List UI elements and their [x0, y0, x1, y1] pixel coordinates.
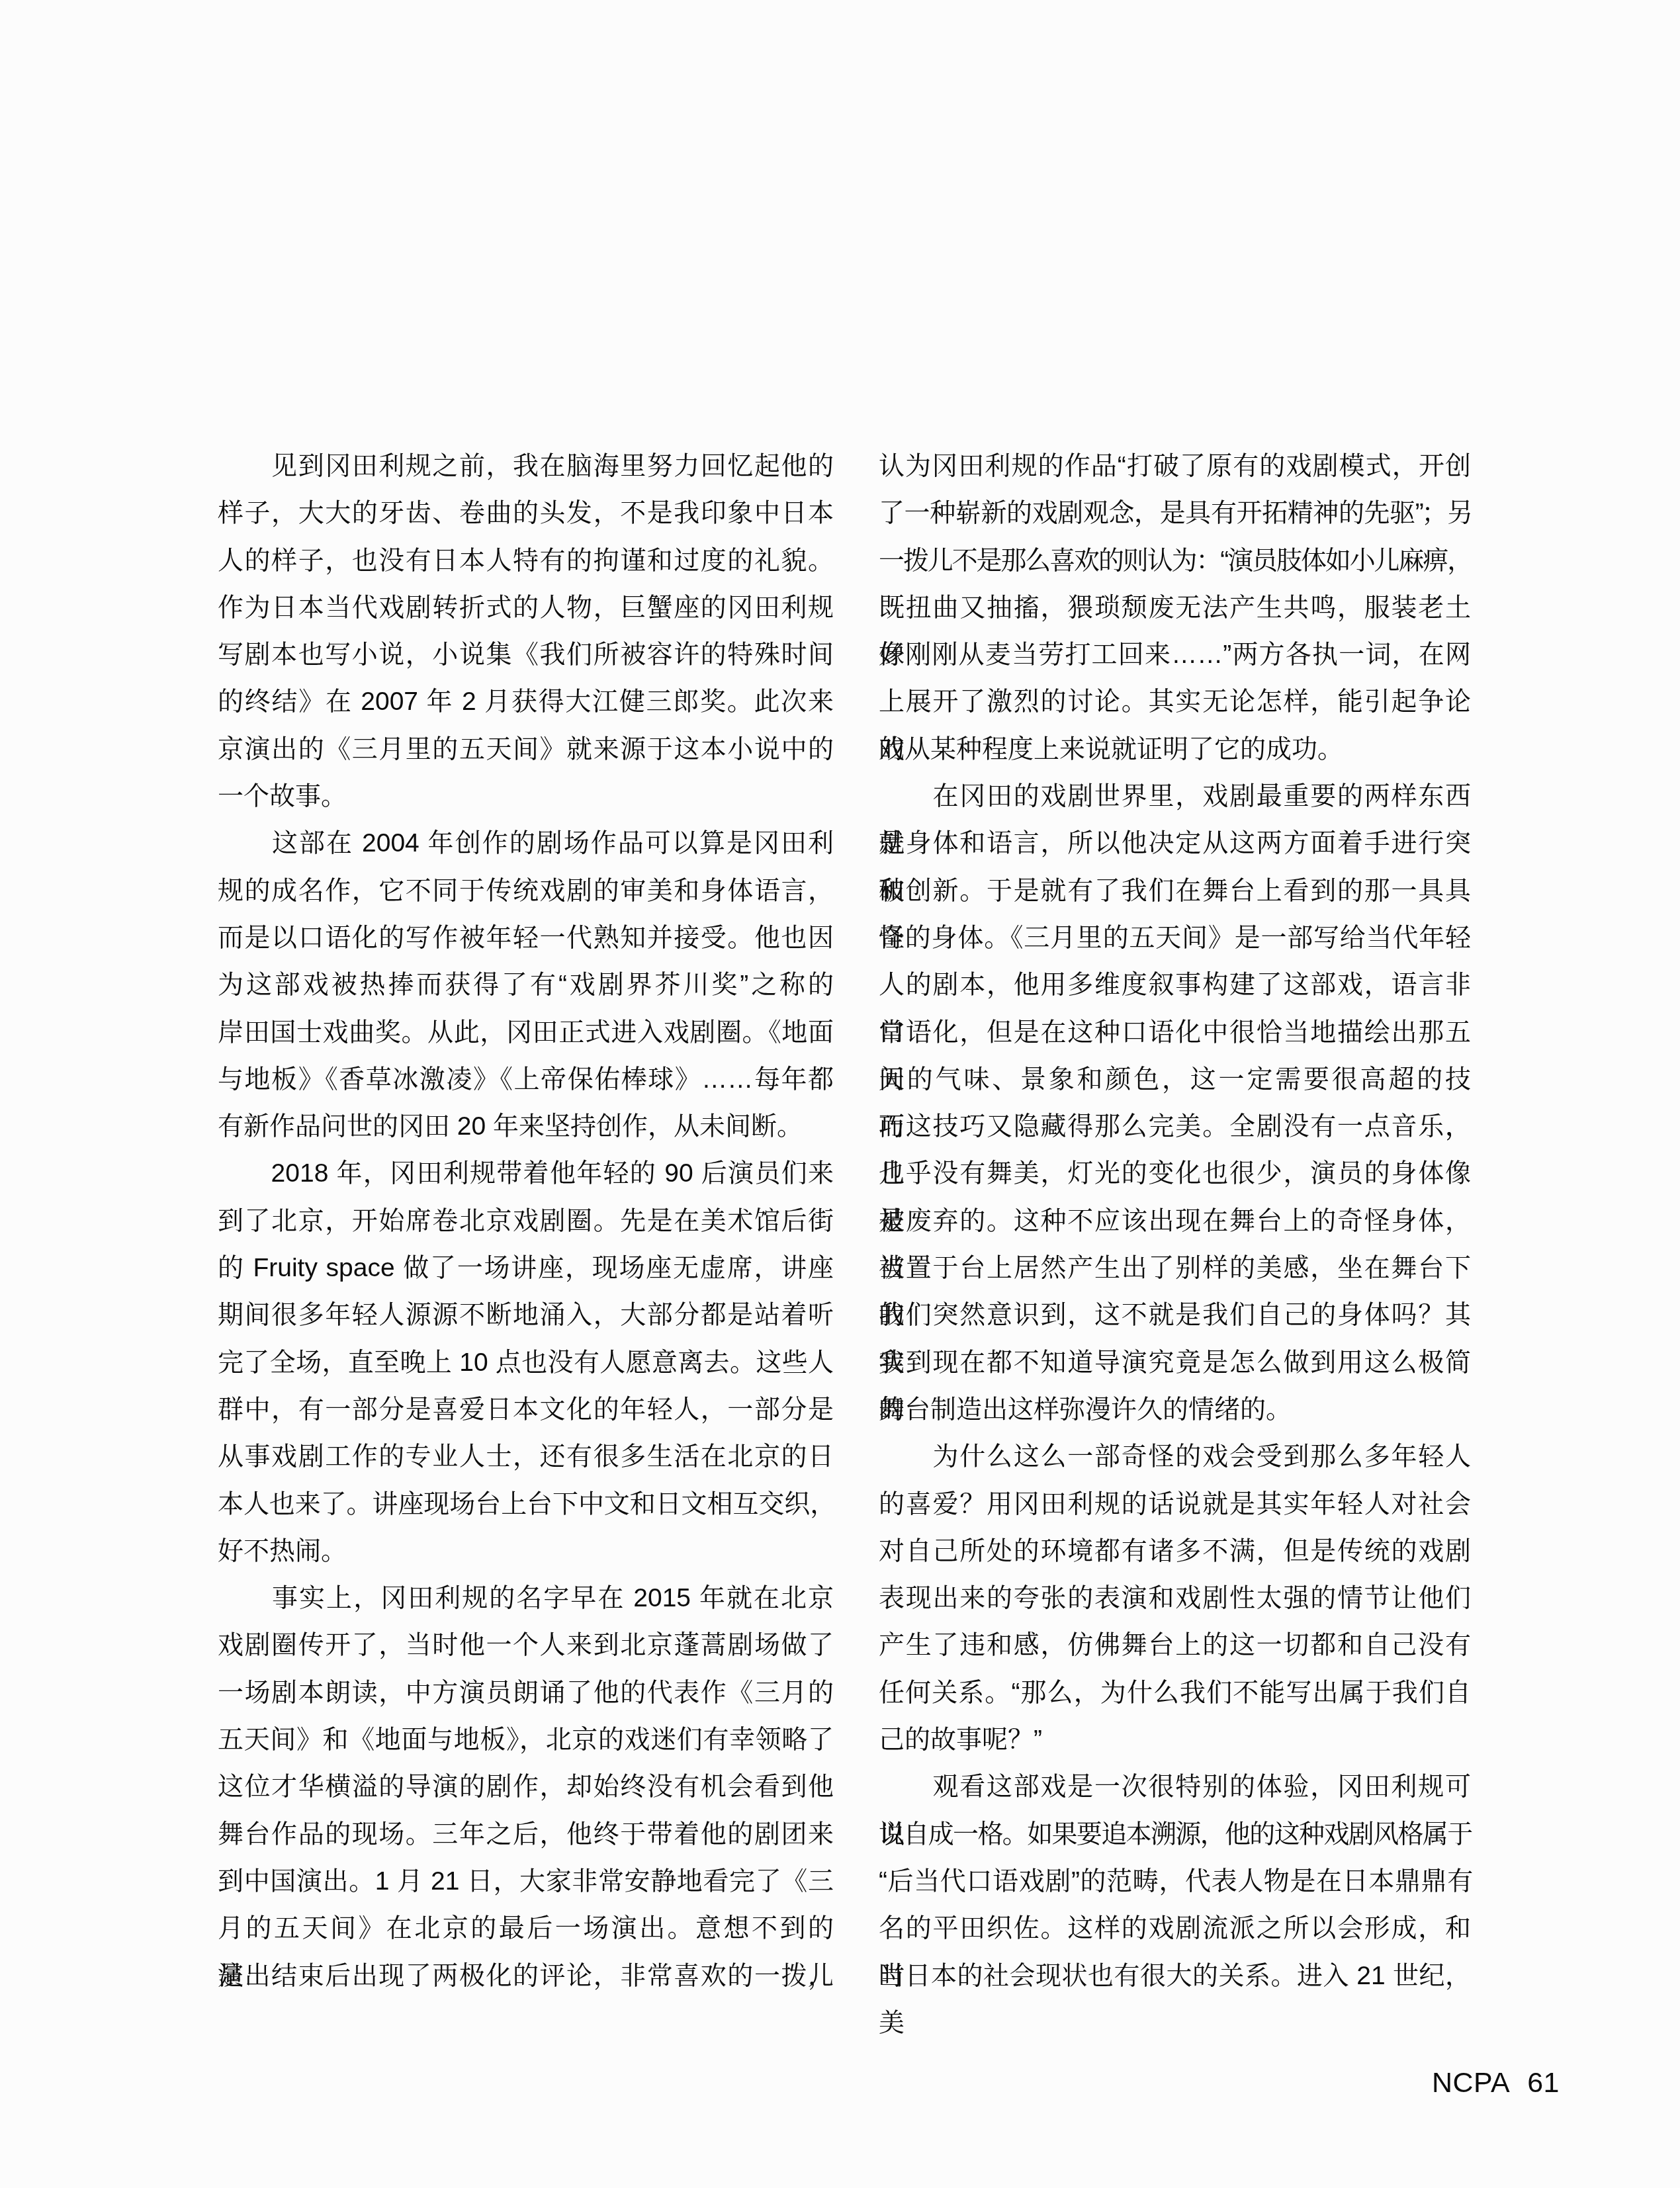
text-line: 有新作品问世的冈田 20 年来坚持创作，从未间断。 [218, 1103, 834, 1150]
text-line: 认为冈田利规的作品“打破了原有的戏剧模式，开创 [879, 443, 1471, 490]
text-line: 写剧本也写小说，小说集《我们所被容许的特殊时间 [218, 631, 834, 678]
text-line: 时日本的社会现状也有很大的关系。进入 21 世纪，美 [879, 1952, 1471, 1999]
article-column-left: 见到冈田利规之前，我在脑海里努力回忆起他的样子，大大的牙齿、卷曲的头发，不是我印… [218, 443, 834, 1999]
text-line: 了一种崭新的戏剧观念，是具有开拓精神的先驱”；另 [879, 490, 1471, 537]
text-line: 和创新。于是就有了我们在舞台上看到的那一具具奇 [879, 867, 1471, 914]
text-line: 几乎没有舞美，灯光的变化也很少，演员的身体像是 [879, 1150, 1471, 1197]
text-line: 完了全场，直至晚上 10 点也没有人愿意离去。这些人 [218, 1339, 834, 1386]
text-line: 我到现在都不知道导演究竟是怎么做到用这么极简的 [879, 1339, 1471, 1386]
text-line: 五天间》和《地面与地板》，北京的戏迷们有幸领略了 [218, 1716, 834, 1763]
text-line: 好不热闹。 [218, 1528, 834, 1575]
text-line: 而是以口语化的写作被年轻一代熟知并接受。他也因 [218, 914, 834, 961]
text-line: 月的五天间》在北京的最后一场演出。意想不到的是， [218, 1905, 834, 1952]
text-line: 从事戏剧工作的专业人士，还有很多生活在北京的日 [218, 1433, 834, 1480]
text-line: 这部在 2004 年创作的剧场作品可以算是冈田利 [218, 820, 834, 867]
footer-brand: NCPA [1432, 2067, 1510, 2099]
text-line: 与地板》《香草冰激凌》《上帝保佑棒球》……每年都 [218, 1056, 834, 1103]
text-line: 我们突然意识到，这不就是我们自己的身体吗？其实 [879, 1291, 1471, 1338]
text-line: 产生了违和感，仿佛舞台上的这一切都和自己没有 [879, 1622, 1471, 1669]
text-line: 怪的身体。《三月里的五天间》是一部写给当代年轻 [879, 914, 1471, 961]
text-line: 戏剧圈传开了，当时他一个人来到北京蓬蒿剧场做了 [218, 1622, 834, 1669]
text-line: 人的剧本，他用多维度叙事构建了这部戏，语言非常 [879, 961, 1471, 1008]
text-line: 的喜爱？用冈田利规的话说就是其实年轻人对社会 [879, 1481, 1471, 1528]
text-line: 京演出的《三月里的五天间》就来源于这本小说中的 [218, 726, 834, 773]
text-line: 到中国演出。1 月 21 日，大家非常安静地看完了《三 [218, 1858, 834, 1905]
text-line: 本人也来了。讲座现场台上台下中文和日文相互交织， [218, 1481, 834, 1528]
text-line: 这位才华横溢的导演的剧作，却始终没有机会看到他 [218, 1763, 834, 1810]
text-line: “后当代口语戏剧”的范畴，代表人物是在日本鼎鼎有 [879, 1858, 1471, 1905]
text-line: 到了北京，开始席卷北京戏剧圈。先是在美术馆后街 [218, 1198, 834, 1245]
text-line: 说自成一格。如果要追本溯源，他的这种戏剧风格属于 [879, 1811, 1471, 1858]
text-line: 期间很多年轻人源源不断地涌入，大部分都是站着听 [218, 1291, 834, 1338]
text-line: 舞台制造出这样弥漫许久的情绪的。 [879, 1386, 1471, 1433]
text-line: 表现出来的夸张的表演和戏剧性太强的情节让他们 [879, 1575, 1471, 1622]
page-footer: NCPA61 [1432, 2069, 1560, 2097]
magazine-page: 见到冈田利规之前，我在脑海里努力回忆起他的样子，大大的牙齿、卷曲的头发，不是我印… [0, 0, 1680, 2188]
text-line: 间的气味、景象和颜色，这一定需要很高超的技巧， [879, 1056, 1471, 1103]
text-line: 的终结》在 2007 年 2 月获得大江健三郎奖。此次来 [218, 678, 834, 725]
text-line: 的 Fruity space 做了一场讲座，现场座无虚席，讲座 [218, 1245, 834, 1291]
text-line: 在冈田的戏剧世界里，戏剧最重要的两样东西就 [879, 773, 1471, 820]
text-line: 戏从某种程度上来说就证明了它的成功。 [879, 726, 1471, 773]
text-line: 被置于台上居然产生出了别样的美感，坐在舞台下的 [879, 1245, 1471, 1291]
text-line: 舞台作品的现场。三年之后，他终于带着他的剧团来 [218, 1811, 834, 1858]
text-line: 而这技巧又隐藏得那么完美。全剧没有一点音乐，也 [879, 1103, 1471, 1150]
text-line: 一个故事。 [218, 773, 834, 820]
text-line: 对自己所处的环境都有诸多不满，但是传统的戏剧 [879, 1528, 1471, 1575]
text-line: 己的故事呢？” [879, 1716, 1471, 1763]
text-line: 名的平田织佐。这样的戏剧流派之所以会形成，和当 [879, 1905, 1471, 1952]
text-line: 一场剧本朗读，中方演员朗诵了他的代表作《三月的 [218, 1669, 834, 1716]
text-line: 任何关系。“那么，为什么我们不能写出属于我们自 [879, 1669, 1471, 1716]
text-line: 观看这部戏是一次很特别的体验，冈田利规可以 [879, 1763, 1471, 1810]
text-line: 样子，大大的牙齿、卷曲的头发，不是我印象中日本 [218, 490, 834, 537]
footer-page-number: 61 [1527, 2067, 1560, 2099]
text-line: 岸田国士戏曲奖。从此，冈田正式进入戏剧圈。《地面 [218, 1009, 834, 1056]
text-line: 事实上，冈田利规的名字早在 2015 年就在北京 [218, 1575, 834, 1622]
text-line: 既扭曲又抽搐，猥琐颓废无法产生共鸣，服装老土好 [879, 584, 1471, 631]
text-line: 一拨儿不是那么喜欢的则认为：“演员肢体如小儿麻痹， [879, 537, 1471, 584]
text-line: 人的样子，也没有日本人特有的拘谨和过度的礼貌。 [218, 537, 834, 584]
text-line: 为这部戏被热捧而获得了有“戏剧界芥川奖”之称的 [218, 961, 834, 1008]
text-line: 演出结束后出现了两极化的评论，非常喜欢的一拨儿 [218, 1952, 834, 1999]
text-line: 2018 年，冈田利规带着他年轻的 90 后演员们来 [218, 1150, 834, 1197]
text-line: 是身体和语言，所以他决定从这两方面着手进行突破 [879, 820, 1471, 867]
text-line: 群中，有一部分是喜爱日本文化的年轻人，一部分是 [218, 1386, 834, 1433]
text-line: 见到冈田利规之前，我在脑海里努力回忆起他的 [218, 443, 834, 490]
text-line: 口语化，但是在这种口语化中很恰当地描绘出那五天 [879, 1009, 1471, 1056]
text-line: 被废弃的。这种不应该出现在舞台上的奇怪身体，当 [879, 1198, 1471, 1245]
text-line: 像刚刚从麦当劳打工回来……”两方各执一词，在网 [879, 631, 1471, 678]
text-line: 上展开了激烈的讨论。其实无论怎样，能引起争论的 [879, 678, 1471, 725]
text-line: 规的成名作，它不同于传统戏剧的审美和身体语言， [218, 867, 834, 914]
text-line: 为什么这么一部奇怪的戏会受到那么多年轻人 [879, 1433, 1471, 1480]
text-line: 作为日本当代戏剧转折式的人物，巨蟹座的冈田利规 [218, 584, 834, 631]
article-column-right: 认为冈田利规的作品“打破了原有的戏剧模式，开创了一种崭新的戏剧观念，是具有开拓精… [879, 443, 1471, 1999]
